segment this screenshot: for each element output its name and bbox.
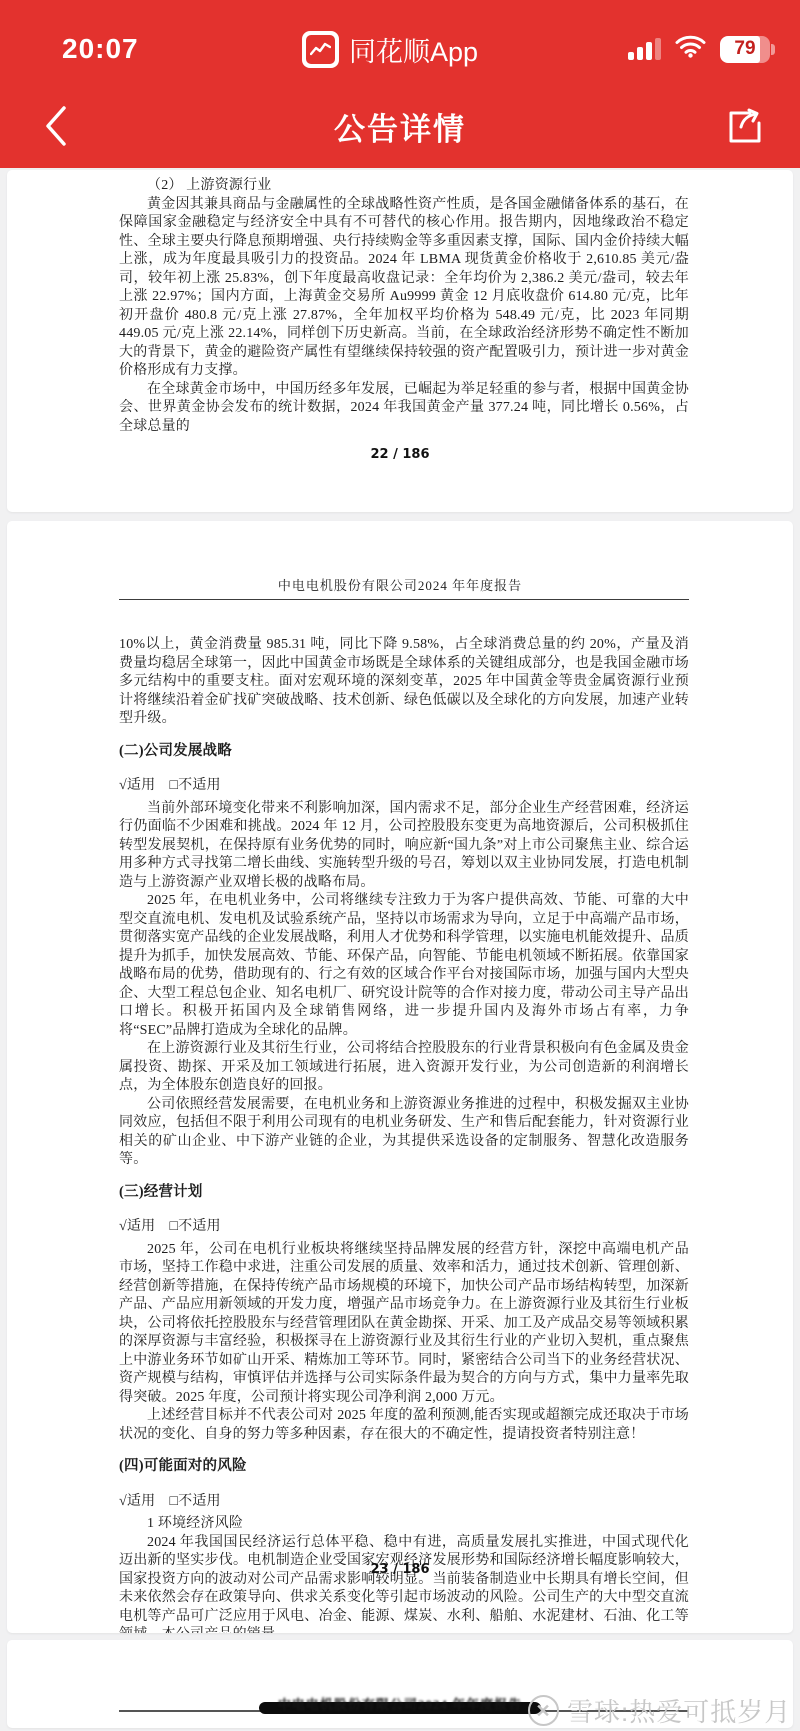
doc-para: 2025 年，在电机业务中，公司将继续专注致力于为客户提供高效、节能、可靠的大中… xyxy=(119,892,689,1040)
announcement-detail-screen: 20:07 同花顺App xyxy=(0,0,800,1731)
doc-line: （2） 上游资源行业 xyxy=(119,177,689,196)
pdf-page-22: （2） 上游资源行业黄金因其兼具商品与金融属性的全球战略性资产性质，是各国金融储… xyxy=(7,170,793,512)
report-running-header: 中电电机股份有限公司2024 年年度报告 xyxy=(7,575,793,594)
share-button[interactable] xyxy=(716,98,772,154)
nav-bar: 公告详情 xyxy=(0,84,800,168)
doc-para: 黄金因其兼具商品与金融属性的全球战略性资产性质，是各国金融储备体系的基石，在保障… xyxy=(119,196,689,381)
page-title: 公告详情 xyxy=(334,104,466,149)
pdf-page-23: 中电电机股份有限公司2024 年年度报告 10%以上，黄金消费量 985.31 … xyxy=(7,521,793,1633)
doc-para: 在上游资源行业及其衍生行业，公司将结合控股股东的行业背景积极向有色金属及贵金属投… xyxy=(119,1040,689,1096)
page-23-number: 23 / 186 xyxy=(7,1562,793,1577)
watermark-text: 雪球:热爱可抵岁月 xyxy=(567,1692,791,1729)
doc-para: 2024 年我国国民经济运行总体平稳、稳中有进，高质量发展扎实推进，中国式现代化… xyxy=(119,1534,689,1634)
doc-heading: (四)可能面对的风险 xyxy=(119,1457,689,1476)
cellular-signal-icon xyxy=(628,38,661,60)
doc-line: 1 环境经济风险 xyxy=(119,1515,689,1534)
page-23-content: 10%以上，黄金消费量 985.31 吨，同比下降 9.58%，占全球消费总量的… xyxy=(7,636,793,1633)
doc-check: √适用 □不适用 xyxy=(119,1218,689,1237)
battery-indicator: 79 xyxy=(720,36,776,63)
doc-para: 当前外部环境变化带来不利影响加深，国内需求不足，部分企业生产经营困难，经济运行仍… xyxy=(119,800,689,893)
doc-para: 在全球黄金市场中，中国历经多年发展，已崛起为举足轻重的参与者，根据中国黄金协会、… xyxy=(119,381,689,437)
page-22-number: 22 / 186 xyxy=(7,447,793,462)
ths-app-icon xyxy=(302,31,339,68)
app-banner-label: 同花顺App xyxy=(349,30,478,69)
status-time: 20:07 xyxy=(24,33,224,65)
battery-percent: 79 xyxy=(720,38,770,60)
share-icon xyxy=(723,105,765,147)
doc-para: 上述经营目标并不代表公司对 2025 年度的盈利预测,能否实现或超额完成还取决于… xyxy=(119,1407,689,1444)
xueqiu-logo-icon: ✕ xyxy=(528,1695,559,1726)
doc-cont: 10%以上，黄金消费量 985.31 吨，同比下降 9.58%，占全球消费总量的… xyxy=(119,636,689,729)
wifi-icon xyxy=(675,35,706,63)
doc-heading: (三)经营计划 xyxy=(119,1183,689,1202)
app-header: 20:07 同花顺App xyxy=(0,0,800,168)
chevron-left-icon xyxy=(44,105,68,147)
doc-check: √适用 □不适用 xyxy=(119,777,689,796)
doc-check: √适用 □不适用 xyxy=(119,1493,689,1512)
doc-para: 公司依照经营发展需要，在电机业务和上游资源业务推进的过程中，积极发掘双主业协同效… xyxy=(119,1096,689,1170)
xueqiu-watermark: ✕ 雪球:热爱可抵岁月 xyxy=(528,1692,791,1729)
doc-heading: (二)公司发展战略 xyxy=(119,742,689,761)
status-icons: 79 xyxy=(556,35,776,63)
status-bar: 20:07 同花顺App xyxy=(0,0,800,84)
report-header-rule xyxy=(119,599,689,600)
page-22-content: （2） 上游资源行业黄金因其兼具商品与金融属性的全球战略性资产性质，是各国金融储… xyxy=(7,170,793,436)
document-scroll-area[interactable]: （2） 上游资源行业黄金因其兼具商品与金融属性的全球战略性资产性质，是各国金融储… xyxy=(0,170,800,1731)
doc-para: 2025 年，公司在电机行业板块将继续坚持品牌发展的经营方针，深挖中高端电机产品… xyxy=(119,1241,689,1408)
app-banner[interactable]: 同花顺App xyxy=(224,30,556,69)
back-button[interactable] xyxy=(28,98,84,154)
